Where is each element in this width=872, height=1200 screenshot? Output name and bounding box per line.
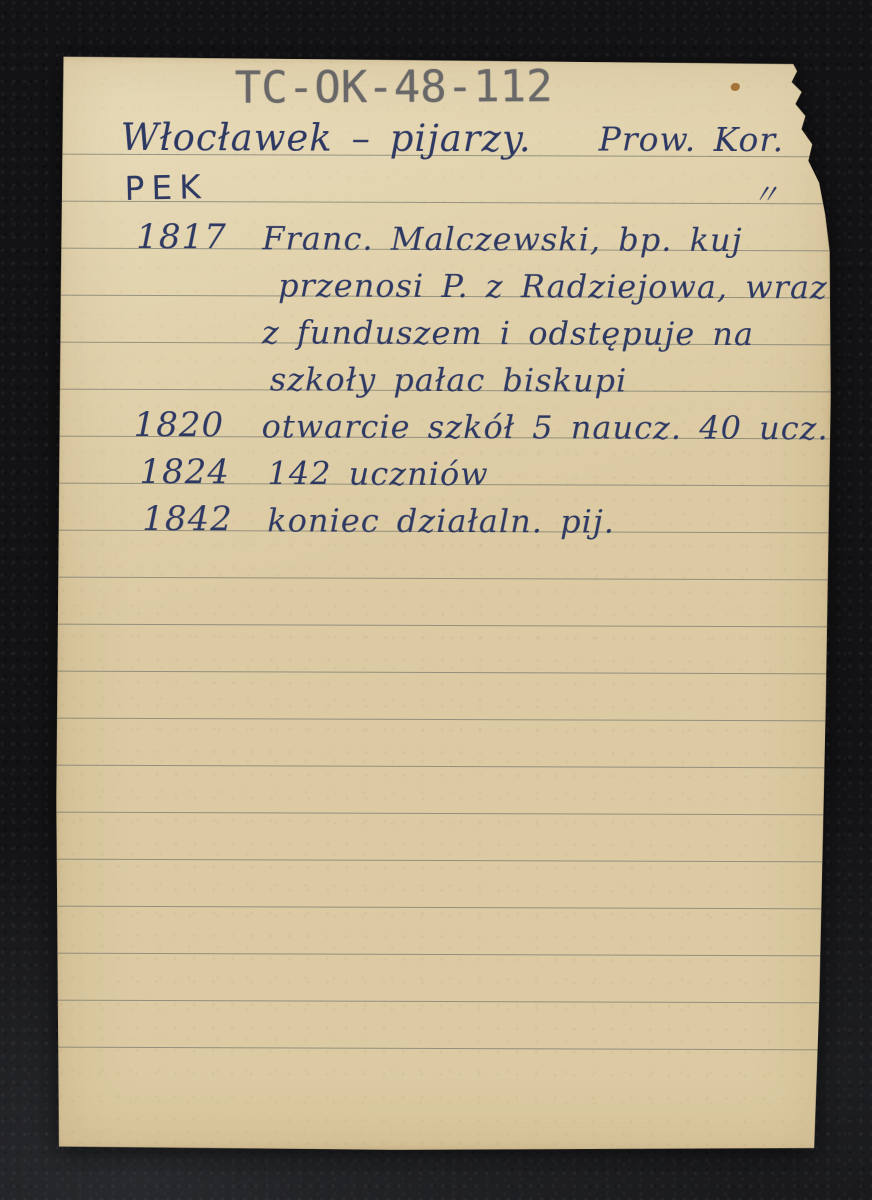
source-abbreviation: PEK	[124, 170, 208, 205]
entry-text-line: 142 uczniów	[267, 457, 488, 490]
ink-fleck	[731, 83, 740, 91]
ditto-mark: 〃	[751, 181, 780, 209]
index-card-wrapper: TC-OK-48-112 Włocławek – pijarzy. Prow. …	[55, 57, 832, 1152]
entry-text-line: przenosi P. z Radziejowa, wraz	[278, 269, 828, 303]
card-title: Włocławek – pijarzy.	[121, 119, 532, 157]
province-note: Prow. Kor.	[599, 123, 785, 157]
entry-year-1817: 1817	[136, 220, 227, 254]
photo-background: { "card": { "archive_code": "TC-OK-48-11…	[0, 0, 872, 1200]
entry-text-line: szkoły pałac biskupi	[270, 363, 628, 396]
archive-code-stamp: TC-OK-48-112	[235, 65, 553, 111]
entry-year-1820: 1820	[134, 408, 225, 442]
entry-text-line: otwarcie szkół 5 naucz. 40 ucz.	[262, 410, 829, 444]
entry-text-line: koniec działaln. pij.	[267, 504, 615, 537]
entry-text-line: z funduszem i odstępuje na	[262, 316, 754, 350]
index-card: TC-OK-48-112 Włocławek – pijarzy. Prow. …	[55, 57, 832, 1152]
entry-year-1824: 1824	[139, 455, 230, 489]
entry-text-line: Franc. Malczewski, bp. kuj	[262, 222, 742, 256]
entry-year-1842: 1842	[142, 502, 233, 536]
